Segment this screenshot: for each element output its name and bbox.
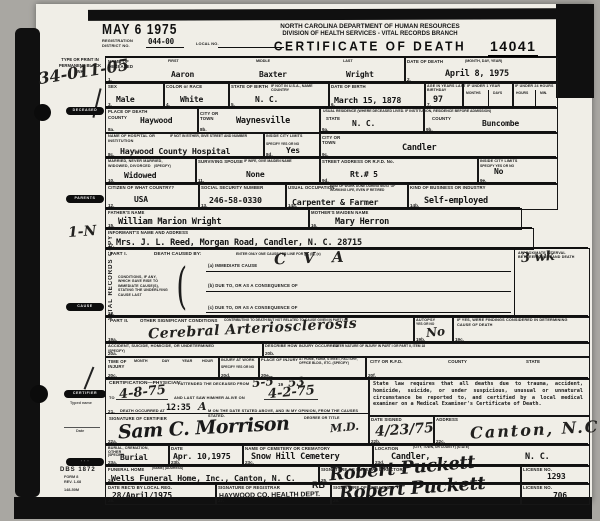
tab-form: · · · — [66, 458, 104, 466]
ampm-value: A — [198, 400, 207, 413]
field-place-of-death-county: PLACE OF DEATH COUNTY Haywood 8a. — [105, 107, 199, 134]
under1-days-header: DAYS — [493, 91, 502, 95]
medical-examiner-notice: State law requires that all deaths due t… — [368, 378, 590, 417]
pod-county-label: COUNTY — [108, 115, 127, 120]
under24-label: IF UNDER 24 HOURS — [515, 84, 554, 88]
under24-divider — [535, 90, 536, 107]
injury-work-sub: SPECIFY YES OR NO — [221, 366, 254, 370]
rule-r4 — [319, 131, 556, 133]
interval-column-divider — [514, 249, 515, 317]
field-pod-city-limits: INSIDE CITY LIMITS SPECIFY YES OR NO Yes… — [263, 132, 321, 159]
tab-deceased: DECEASED — [66, 107, 104, 115]
department-line2: DIVISION OF HEALTH SERVICES - VITAL RECO… — [200, 31, 540, 37]
rule-r8 — [105, 227, 532, 229]
occupation-label: USUAL OCCUPATION — [288, 185, 335, 190]
spouse-value: None — [246, 171, 264, 179]
cem-loc-state-value: N. C. — [525, 453, 550, 462]
birth-state-label: STATE OF BIRTH — [231, 84, 268, 89]
res-state-label: STATE — [326, 116, 340, 121]
part2-title: PART II. — [110, 318, 128, 324]
citizen-label: CITIZEN OF WHAT COUNTRY? — [108, 185, 174, 190]
rule-accident — [105, 341, 588, 343]
tab-certifier: CERTIFIER — [64, 390, 106, 398]
margin-note-handwriting: 1-N — [67, 223, 96, 241]
cause-b-line — [206, 291, 511, 292]
race-label: COLOR or RACE — [166, 84, 202, 89]
pod-limits-label: INSIDE CITY LIMITS — [266, 134, 306, 138]
pod-city-value: Waynesville — [236, 117, 290, 126]
dob-value: March 15, 1878 — [334, 96, 401, 104]
immediate-cause-label: (a) IMMEDIATE CAUSE — [208, 263, 257, 268]
tab-certifier-label: CERTIFIER — [73, 392, 97, 396]
industry-label: KIND OF BUSINESS OR INDUSTRY — [410, 185, 486, 190]
scanned-death-certificate: { "scan": { "received_stamp": "MAY 6 197… — [0, 0, 600, 521]
field-if-under-1-year: IF UNDER 1 YEAR MONTHS DAYS — [462, 82, 514, 109]
margin-rule — [64, 427, 100, 428]
ssn-value: 246-58-0330 — [209, 196, 262, 204]
funeral-home-value: Wells Funeral Home, Inc., Canton, N. C. — [111, 474, 295, 482]
field-occupation: USUAL OCCUPATION KIND OF WORK DONE DURIN… — [285, 183, 409, 210]
name-middle-header: MIDDLE — [256, 59, 270, 63]
degree-value: M.D. — [329, 420, 359, 435]
pod-limits-value: Yes — [286, 147, 300, 155]
sex-value: Male — [116, 96, 134, 104]
tab-cause: CAUSE — [66, 303, 104, 311]
field-citizen: CITIZEN OF WHAT COUNTRY? USA 12. — [105, 183, 200, 210]
last-name-value: Wright — [346, 71, 374, 79]
dod-sub: (MONTH, DAY, YEAR) — [465, 59, 502, 63]
field-industry: KIND OF BUSINESS OR INDUSTRY Self-employ… — [407, 183, 558, 210]
injury-day-header: DAY — [162, 359, 169, 363]
autopsy-value: No — [425, 324, 445, 340]
embalmer-number: 28. — [333, 498, 339, 503]
director-license-value: 1293 — [547, 473, 565, 481]
birth-state-value: N. C. — [255, 96, 278, 104]
part1-title: PART I. — [110, 251, 127, 257]
field-hospital-name: NAME OF HOSPITAL OR INSTITUTION IF NOT I… — [105, 132, 265, 159]
dod-value: April 8, 1975 — [445, 70, 509, 79]
registrar-stamp: HAYWOOD CO. HEALTH DEPT. — [219, 491, 320, 500]
immediate-cause-value: C V A — [274, 248, 350, 269]
occupation-sub: KIND OF WORK DONE DURING MOST OF WORKING… — [330, 185, 404, 193]
section-physician-certification: CERTIFICATION—PHYSICIAN: I ATTENDED THE … — [105, 378, 370, 446]
field-date-received: DATE REC'D BY LOCAL REG. 28/April/1975 2… — [105, 483, 217, 505]
registrar-label: SIGNATURE OF REGISTRAR — [218, 485, 280, 490]
field-date-signed: DATE SIGNED 4/23/75 22b. — [368, 415, 435, 446]
last-saw-label: AND LAST SAW HIM/HER ALIVE ON — [174, 396, 245, 401]
field-autopsy: AUTOPSY YES OR NO No 19b. — [413, 316, 454, 344]
received-date-stamp: MAY 6 1975 — [102, 21, 177, 38]
form-stamp-line1: DBS 1872 — [60, 467, 96, 473]
section-part2-other-conditions: PART II. OTHER SIGNIFICANT CONDITIONS CO… — [105, 316, 415, 344]
field-race: COLOR or RACE White 4. — [163, 82, 230, 109]
middle-name-value: Baxter — [259, 71, 287, 79]
dob-label: DATE OF BIRTH — [331, 84, 366, 89]
scan-corner-blob — [556, 4, 594, 98]
informant-label: INFORMANT'S NAME AND ADDRESS — [108, 230, 188, 235]
marital-label-2: WIDOWED, DIVORCED — [108, 164, 151, 169]
department-line1: NORTH CAROLINA DEPARTMENT OF HUMAN RESOU… — [200, 23, 540, 30]
date-received-number: 26. — [108, 498, 114, 503]
injury-year-header: YEAR — [182, 359, 192, 363]
to-label: TO — [109, 396, 115, 401]
spouse-label: SURVIVING SPOUSE — [198, 159, 243, 164]
injury-state-header: STATE — [526, 359, 540, 364]
rule-burial — [105, 443, 588, 445]
tab-parents-label: PARENTS — [74, 197, 95, 201]
tab-parents: PARENTS — [66, 195, 104, 203]
under1-label: IF UNDER 1 YEAR — [467, 84, 500, 88]
conditions-note: CONDITIONS, IF ANY, WHICH GAVE RISE TO I… — [118, 275, 170, 297]
embalmer-license-label: LICENSE NO. — [523, 485, 552, 490]
dod-label: DATE OF DEATH — [407, 59, 443, 64]
attended-from-label: I ATTENDED THE DECEASED FROM — [178, 382, 249, 387]
embalmer-license-value: 706 — [553, 492, 567, 500]
state-law-text: State law requires that all deaths due t… — [373, 381, 583, 408]
name-label: NAME OF DECEASED — [108, 59, 148, 70]
industry-value: Self-employed — [424, 197, 488, 206]
funeral-home-label: FUNERAL HOME — [108, 467, 144, 472]
occupation-value: Carpenter & Farmer — [292, 198, 378, 206]
field-ssn: SOCIAL SECURITY NUMBER 246-58-0330 13. — [198, 183, 287, 210]
usual-residence-header: USUAL RESIDENCE (WHERE DECEASED LIVED. I… — [323, 109, 553, 114]
spouse-sub: IF WIFE, GIVE MAIDEN NAME — [244, 159, 292, 163]
conditions-brace: ( — [176, 257, 187, 315]
typed-name-note: Typed name — [70, 401, 92, 406]
scan-top-edge — [88, 8, 588, 21]
res-limits-label: INSIDE CITY LIMITS — [480, 159, 517, 164]
field-residence-city: CITY OR TOWN Candler 9c. — [319, 132, 558, 159]
date-received-value: 28/April/1975 — [112, 492, 172, 500]
field-embalmer-license: LICENSE NO. 706 — [520, 483, 590, 505]
hospital-value: Haywood County Hospital — [120, 147, 230, 155]
injury-place-label: PLACE OF INJURY — [261, 358, 298, 363]
field-residence-city-limits: INSIDE CITY LIMITS SPECIFY YES OR NO No … — [477, 157, 558, 185]
injury-county-header: COUNTY — [448, 359, 467, 364]
field-if-under-24-hours: IF UNDER 24 HOURS HOURS MIN. — [512, 82, 558, 109]
field-age: AGE IN YEARS LAST BIRTHDAY 97 7. — [424, 82, 464, 109]
res-city-value: Candler — [402, 144, 436, 153]
field-place-of-death-city: CITY OR TOWN Waynesville 8b. — [197, 107, 321, 134]
father-value: William Marion Wright — [118, 218, 221, 227]
field-name-of-deceased: NAME OF DECEASED FIRST MIDDLE LAST Aaron… — [105, 57, 406, 84]
part1-subtitle: DEATH CAUSED BY: — [154, 251, 201, 257]
hole-punch-top — [34, 104, 51, 121]
res-state-value: N. C. — [352, 120, 375, 128]
rule-r6 — [105, 182, 556, 184]
tab-form-label: · · · — [81, 460, 90, 464]
time-of-death-value: 12:35 — [166, 404, 191, 413]
cemetery-label: NAME OF CEMETERY OR CREMATORY — [245, 446, 330, 451]
pod-city-label-2: TOWN — [200, 116, 214, 121]
field-autopsy-findings: IF YES, WERE FINDINGS CONSIDERED IN DETE… — [452, 316, 590, 344]
rule-r2 — [105, 81, 556, 83]
address-value: Canton, N.C. — [470, 416, 600, 442]
res-county-value: Buncombe — [482, 120, 519, 128]
burial-date-value: Apr. 10,1975 — [173, 452, 231, 460]
cem-loc-label: LOCATION — [375, 446, 398, 451]
injury-place-sub: AT HOME, FARM, STREET, FACTORY, OFFICE B… — [299, 358, 361, 366]
registrar-number: 27. — [218, 498, 224, 503]
marital-sub: (SPECIFY) — [154, 164, 171, 168]
under1-months-header: MONTHS — [466, 91, 481, 95]
injury-hour-header: HOUR — [202, 359, 213, 363]
funeral-home-sub: (NAME) (ADDRESS) — [152, 467, 183, 471]
cause-a-line — [206, 271, 511, 272]
last-seen-underline — [264, 399, 318, 400]
street-value: Rt.# 5 — [350, 171, 378, 179]
age-label-2: BIRTHDAY — [427, 88, 446, 92]
scan-left-band — [15, 28, 40, 497]
address-label: ADDRESS — [436, 417, 458, 422]
rule-funeral — [105, 464, 588, 466]
how-injury-sub: ENTER NATURE OF INJURY IN PART I OR PART… — [333, 345, 425, 349]
field-certifier-address: ADDRESS Canton, N.C. 22c. — [433, 415, 590, 446]
pod-county-value: Haywood — [140, 117, 172, 125]
field-embalmer-signature: SIGNATURE OF EMBALMER Robert Puckett 28. — [330, 483, 522, 505]
first-name-value: Aaron — [171, 71, 194, 79]
registration-district-value: 044-00 — [148, 38, 174, 46]
date-note: Date — [76, 429, 84, 434]
res-city-label-2: TOWN — [322, 140, 336, 145]
res-county-label: COUNTY — [432, 116, 451, 121]
injury-city-header: CITY OR R.F.D. — [370, 359, 403, 364]
rule-bottom — [105, 482, 588, 484]
to-underline — [116, 399, 168, 400]
citizen-value: USA — [134, 196, 148, 204]
street-label: STREET ADDRESS OR R.F.D. No. — [322, 159, 394, 164]
marital-value: Widowed — [124, 172, 156, 180]
field-date-of-birth: DATE OF BIRTH March 15, 1878 6. — [328, 82, 426, 109]
name-last-header: LAST — [343, 59, 353, 63]
field-registrar-signature: SIGNATURE OF REGISTRAR HAYWOOD CO. HEALT… — [215, 483, 332, 505]
burial-value: Burial — [120, 454, 148, 462]
father-label: FATHER'S NAME — [108, 210, 145, 215]
due-to-c-label: (c) DUE TO, OR AS A CONSEQUENCE OF — [208, 305, 298, 310]
res-limits-value: No — [494, 168, 503, 176]
ssn-label: SOCIAL SECURITY NUMBER — [201, 185, 263, 190]
field-street-address: STREET ADDRESS OR R.F.D. No. Rt.# 5 9d. — [319, 157, 479, 185]
certificate-title: CERTIFICATE OF DEATH — [210, 38, 530, 53]
degree-title-label: DEGREE OR TITLE — [304, 416, 340, 421]
interval-value: 3 wk — [521, 249, 556, 266]
rule-part2 — [105, 315, 588, 317]
rule-r5 — [105, 156, 556, 158]
hospital-label: NAME OF HOSPITAL OR INSTITUTION — [108, 134, 168, 143]
section-part1-cause-of-death: PART I. DEATH CAUSED BY: ENTER ONLY ONE … — [105, 248, 590, 318]
date-received-label: DATE REC'D BY LOCAL REG. — [108, 485, 172, 490]
age-value: 97 — [433, 96, 443, 105]
field-surviving-spouse: SURVIVING SPOUSE IF WIFE, GIVE MAIDEN NA… — [195, 157, 321, 185]
cem-loc-sub: (CITY, TOWN, OR COUNTY) (STATE) — [413, 446, 469, 450]
state-file-number: 14041 — [488, 38, 538, 57]
field-state-of-birth: STATE OF BIRTH IF NOT IN U.S.A., NAME CO… — [228, 82, 330, 109]
injury-work-label: INJURY AT WORK — [221, 358, 255, 363]
signature-row-divider — [106, 413, 369, 414]
date-signed-value: 4/23/75 — [375, 420, 435, 440]
due-to-b-label: (b) DUE TO, OR AS A CONSEQUENCE OF — [208, 283, 298, 288]
form-stamp-line4: 148-50M — [64, 488, 79, 493]
cause-c-line — [206, 312, 511, 313]
birth-state-sub: IF NOT IN U.S.A., NAME COUNTRY — [271, 84, 326, 93]
under1-divider — [488, 90, 489, 107]
how-injury-label: DESCRIBE HOW INJURY OCCURRED — [265, 344, 339, 349]
pod-label: PLACE OF DEATH — [108, 109, 148, 114]
race-value: White — [180, 96, 203, 104]
field-date-of-death: DATE OF DEATH (MONTH, DAY, YEAR) April 8… — [404, 57, 558, 84]
registration-district-label: REGISTRATION DISTRICT NO. — [102, 39, 146, 49]
cemetery-value: Snow Hill Cemetery — [251, 453, 340, 462]
hospital-sub: IF NOT IN EITHER, GIVE STREET AND NUMBER — [170, 134, 260, 138]
tab-cause-label: CAUSE — [77, 305, 93, 309]
informant-value: Mrs. J. L. Reed, Morgan Road, Candler, N… — [116, 239, 362, 248]
name-first-header: FIRST — [168, 59, 179, 63]
rule-cert — [105, 377, 588, 379]
under24-hours-header: HOURS — [516, 91, 528, 95]
injury-month-header: MONTH — [134, 359, 148, 363]
form-stamp-line3: REV. 1-68 — [64, 480, 81, 485]
field-sex: SEX Male 3. — [105, 82, 165, 109]
field-marital-status: MARRIED, NEVER MARRIED, WIDOWED, DIVORCE… — [105, 157, 197, 185]
sex-label: SEX — [108, 84, 117, 89]
mother-label: MOTHER'S MAIDEN NAME — [311, 210, 369, 215]
registration-underline — [146, 47, 184, 48]
rule-r7 — [105, 207, 520, 209]
findings-label: IF YES, WERE FINDINGS CONSIDERED IN DETE… — [457, 318, 577, 327]
rule-part1 — [105, 247, 588, 249]
hole-punch-bottom — [30, 385, 48, 403]
under24-min-header: MIN. — [540, 91, 547, 95]
injury-time-label-2: INJURY — [108, 364, 125, 369]
mother-value: Mary Herron — [335, 218, 389, 227]
tab-deceased-label: DECEASED — [73, 109, 98, 113]
